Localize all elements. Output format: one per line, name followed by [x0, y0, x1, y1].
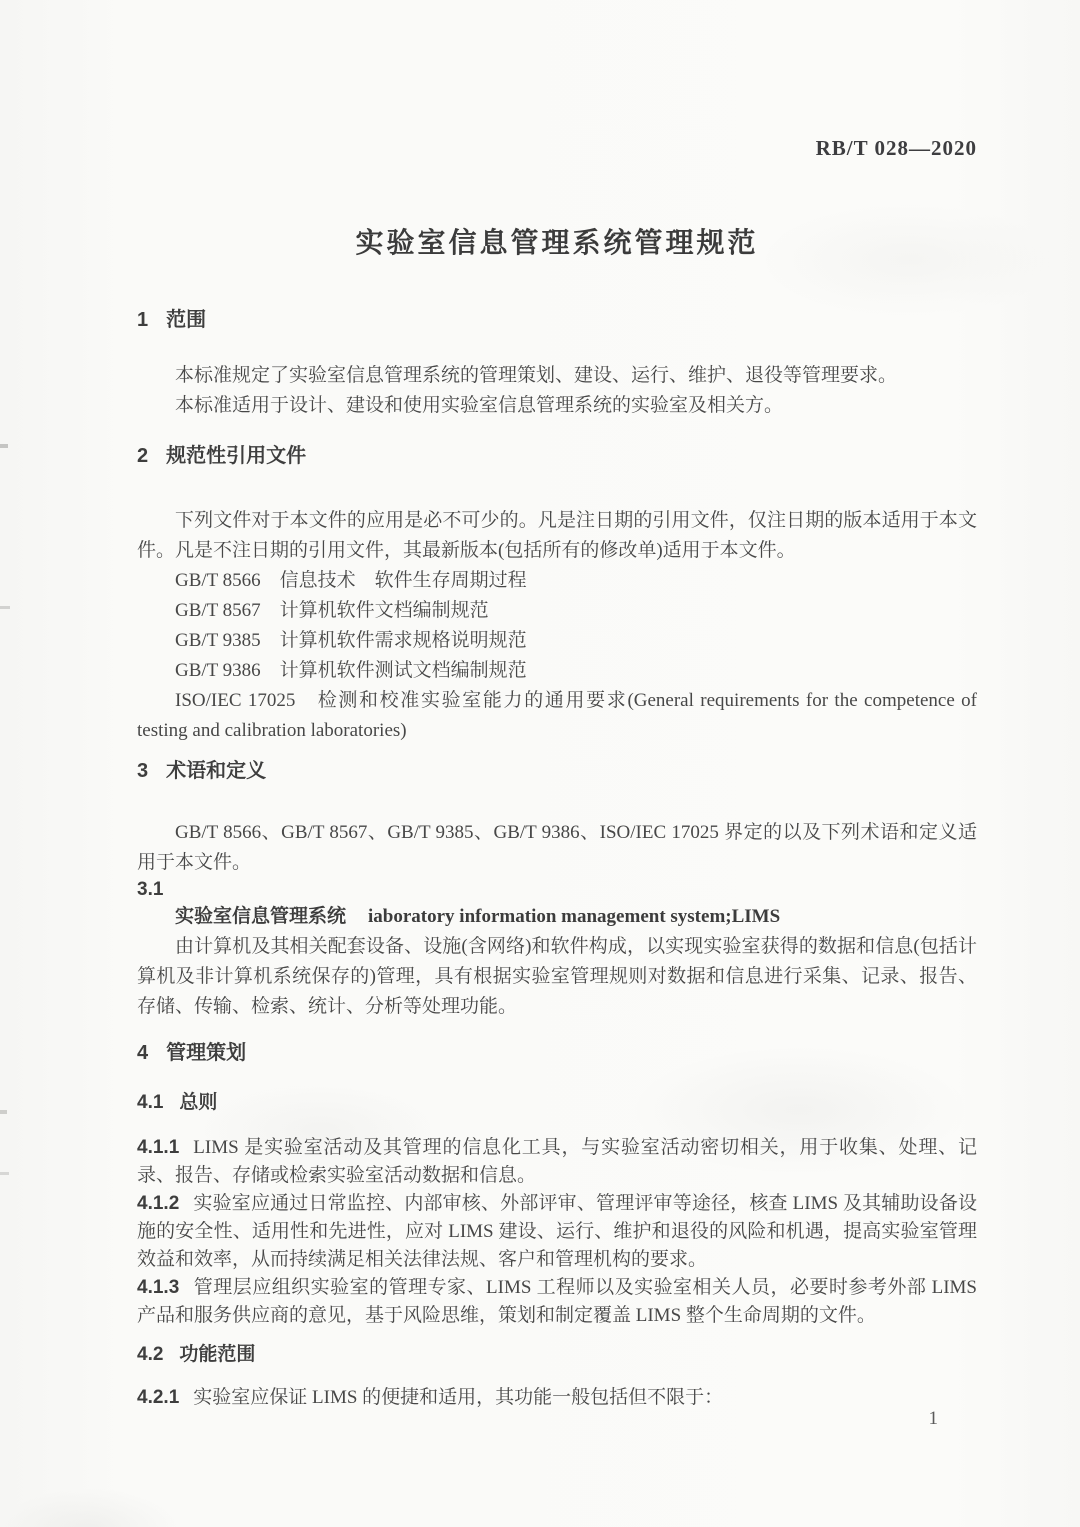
- section-4-1-title: 总则: [179, 1092, 217, 1113]
- term-definition-text: 由计算机及其相关配套设备、设施(含网络)和软件构成，以实现实验室获得的数据和信息…: [137, 932, 977, 1022]
- scan-artifact: [0, 606, 10, 609]
- clause-paragraph: 4.1.3管理层应组织实验室的管理专家、LIMS 工程师以及实验室相关人员，必要…: [137, 1274, 977, 1330]
- section-2-intro: 下列文件对于本文件的应用是必不可少的。凡是注日期的引用文件，仅注日期的版本适用于…: [137, 506, 977, 566]
- clause-number: 4.2.1: [137, 1387, 179, 1408]
- section-4-number: 4: [137, 1040, 148, 1066]
- section-2-number: 2: [137, 443, 148, 469]
- section-1-number: 1: [137, 307, 148, 333]
- section-4-1-number: 4.1: [137, 1090, 163, 1116]
- clause-paragraph: 4.1.1LIMS 是实验室活动及其管理的信息化工具，与实验室活动密切相关，用于…: [137, 1134, 977, 1190]
- page-number: 1: [929, 1408, 939, 1430]
- section-4-2-title: 功能范围: [179, 1344, 255, 1365]
- clause-number: 4.1.2: [137, 1193, 179, 1214]
- reference-item: ISO/IEC 17025 检测和校准实验室能力的通用要求(General re…: [137, 686, 977, 746]
- clause-text: 实验室应通过日常监控、内部审核、外部评审、管理评审等途径，核查 LIMS 及其辅…: [137, 1193, 977, 1270]
- section-3-intro: GB/T 8566、GB/T 8567、GB/T 9385、GB/T 9386、…: [137, 818, 977, 878]
- clause-number: 4.1.3: [137, 1277, 179, 1298]
- scan-artifact: [0, 444, 8, 448]
- clause-number: 4.1.1: [137, 1137, 179, 1158]
- clause-3-1-number: 3.1: [137, 878, 977, 902]
- document-content: RB/T 028—2020 实验室信息管理系统管理规范 1范围 本标准规定了实验…: [137, 0, 977, 1412]
- clause-text: 实验室应保证 LIMS 的便捷和适用，其功能一般包括但不限于：: [193, 1387, 723, 1408]
- section-4-title: 管理策划: [166, 1042, 246, 1064]
- clause-paragraph: 4.2.1实验室应保证 LIMS 的便捷和适用，其功能一般包括但不限于：: [137, 1384, 977, 1412]
- clause-text: 管理层应组织实验室的管理专家、LIMS 工程师以及实验室相关人员，必要时参考外部…: [137, 1277, 977, 1326]
- section-4-2-heading: 4.2功能范围: [137, 1342, 977, 1368]
- section-2-heading: 2规范性引用文件: [137, 443, 977, 469]
- clause-paragraph: 4.1.2实验室应通过日常监控、内部审核、外部评审、管理评审等途径，核查 LIM…: [137, 1190, 977, 1274]
- reference-item: GB/T 9386 计算机软件测试文档编制规范: [137, 656, 977, 686]
- section-4-1-heading: 4.1总则: [137, 1090, 977, 1116]
- normative-references-list: GB/T 8566 信息技术 软件生存周期过程 GB/T 8567 计算机软件文…: [137, 566, 977, 746]
- section-1-title: 范围: [166, 309, 206, 331]
- term-definition-line: 实验室信息管理系统iaboratory information manageme…: [137, 902, 977, 932]
- standard-number: RB/T 028—2020: [137, 0, 977, 161]
- section-2-title: 规范性引用文件: [166, 445, 306, 467]
- term-chinese: 实验室信息管理系统: [175, 906, 346, 927]
- section-3-number: 3: [137, 758, 148, 784]
- section-1-heading: 1范围: [137, 307, 977, 333]
- term-english: iaboratory information management system…: [368, 906, 780, 927]
- reference-item: GB/T 9385 计算机软件需求规格说明规范: [137, 626, 977, 656]
- section-1-paragraph-2: 本标准适用于设计、建设和使用实验室信息管理系统的实验室及相关方。: [137, 391, 977, 421]
- section-1-paragraph-1: 本标准规定了实验室信息管理系统的管理策划、建设、运行、维护、退役等管理要求。: [137, 361, 977, 391]
- document-page: RB/T 028—2020 实验室信息管理系统管理规范 1范围 本标准规定了实验…: [0, 0, 1080, 1527]
- document-title: 实验室信息管理系统管理规范: [137, 221, 977, 261]
- section-3-title: 术语和定义: [166, 760, 266, 782]
- reference-item: GB/T 8567 计算机软件文档编制规范: [137, 596, 977, 626]
- section-4-2-number: 4.2: [137, 1342, 163, 1368]
- scan-artifact: [0, 1172, 9, 1175]
- clause-text: LIMS 是实验室活动及其管理的信息化工具，与实验室活动密切相关，用于收集、处理…: [137, 1137, 977, 1186]
- section-4-heading: 4管理策划: [137, 1040, 977, 1066]
- scan-artifact: [0, 1110, 7, 1114]
- section-3-heading: 3术语和定义: [137, 758, 977, 784]
- reference-item: GB/T 8566 信息技术 软件生存周期过程: [137, 566, 977, 596]
